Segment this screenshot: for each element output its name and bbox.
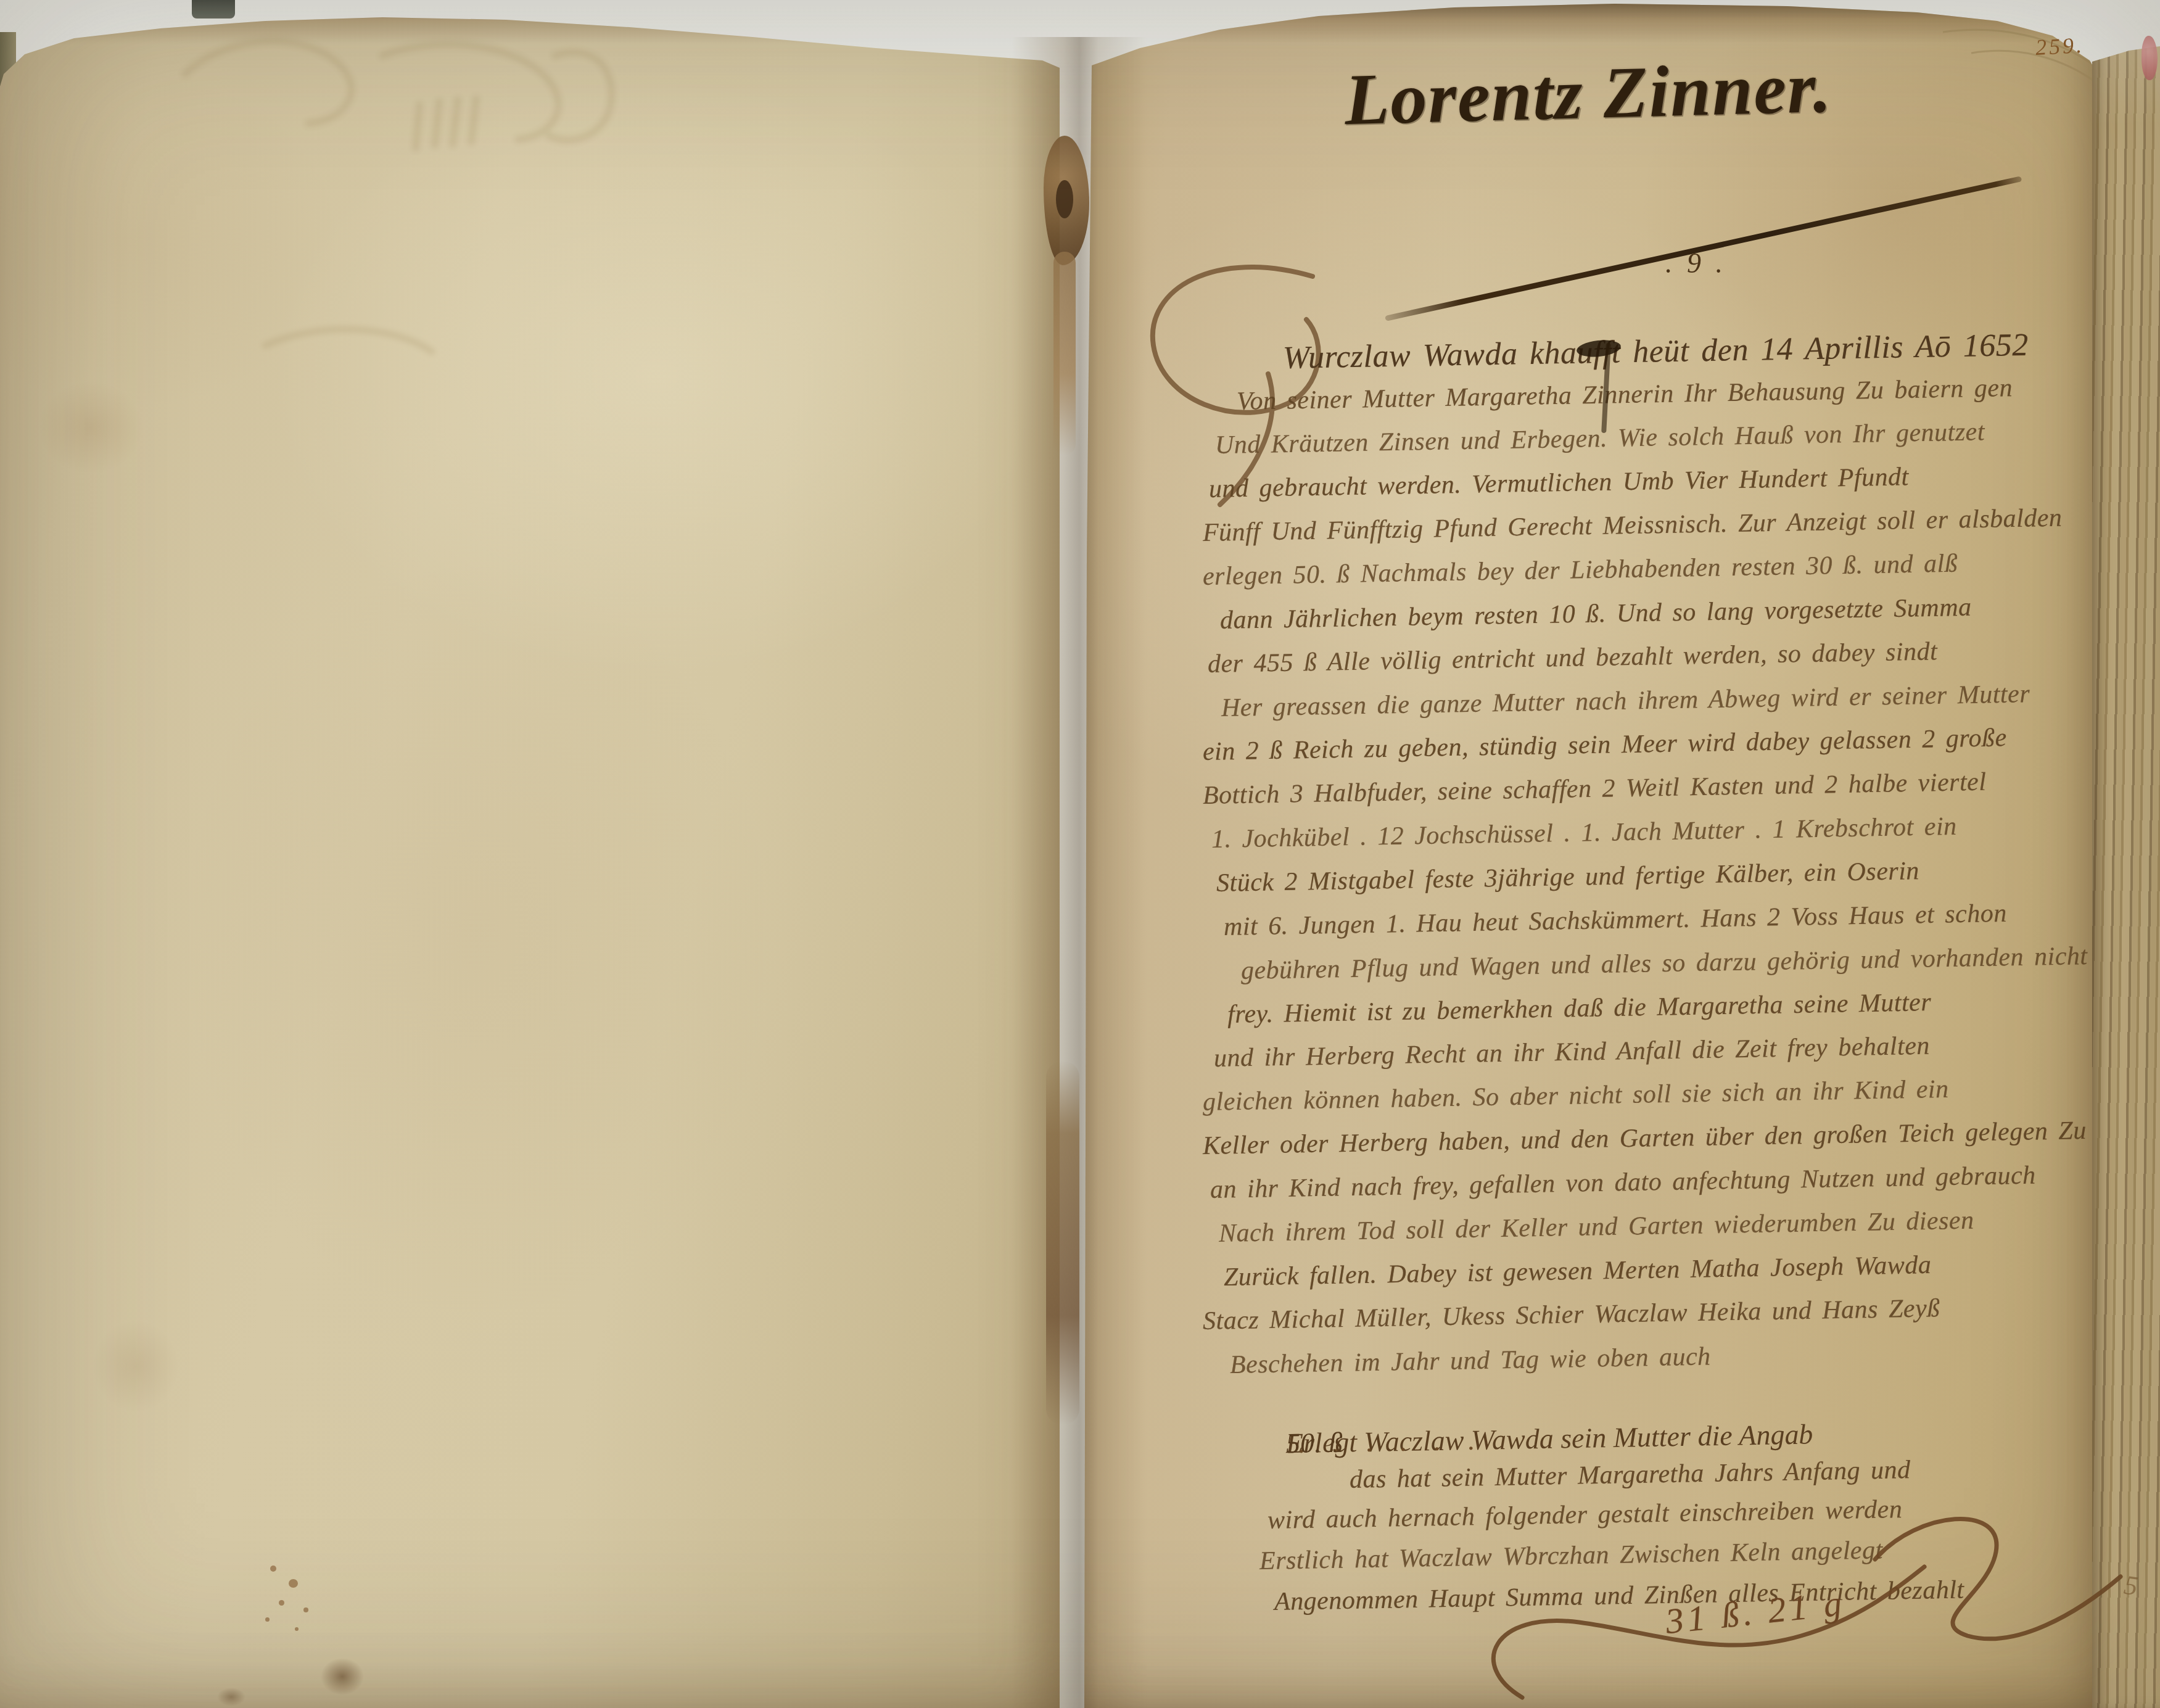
body-text: Wurczlaw Wawda khaufft heüt den 14 April… xyxy=(1203,336,2109,1387)
manuscript-photo: 5 259. Lorentz Zinner. . 9 . Wurczlaw Wa… xyxy=(0,0,2160,1708)
page-title: Lorentz Zinner. xyxy=(1343,46,1833,142)
section-mark: . 9 . xyxy=(1665,247,1726,279)
right-page-content: 259. Lorentz Zinner. . 9 . Wurczlaw Wawd… xyxy=(0,0,2160,1708)
manuscript-line-text: Beschehen im Jahr und Tag wie oben auch xyxy=(1229,1335,1711,1387)
signature-flourish xyxy=(1419,1480,2160,1708)
folio-number: 259. xyxy=(2035,32,2085,60)
